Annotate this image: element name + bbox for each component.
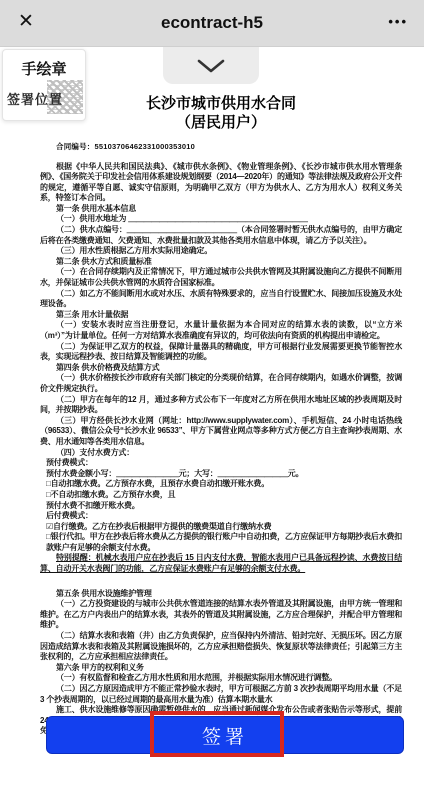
contract-body: 根据《中华人民共和国民法典》、《城市供水条例》、《物业管理条例》、《长沙市城市供… xyxy=(40,162,402,748)
contract-paragraph: 第四条 供水价格费及结算方式 xyxy=(40,363,402,374)
contract-paragraph: 预付费模式： xyxy=(46,458,402,469)
contract-paragraph: ☑自行缴费。乙方在抄表后根据甲方提供的缴费渠道自行缴纳水费 xyxy=(46,522,402,533)
hand-drawn-seal-button[interactable]: 手绘章 xyxy=(3,58,85,79)
contract-paragraph: （三）用水性质根据乙方用水实际用途确定。 xyxy=(40,246,402,257)
contract-paragraph: （二）如乙方不能间断用水或对水压、水质有特殊要求的，应当自行设置贮水、间接加压设… xyxy=(40,289,402,310)
contract-paragraph: □自动扣缴水费。乙方预存水费，且预存水费自动扣缴开账水费。 xyxy=(46,479,402,490)
contract-paragraph: □银行代扣。甲方在抄表后将水费从乙方提供的银行账户中自动扣费，乙方应保证甲方每期… xyxy=(46,532,402,553)
sign-button[interactable]: 签署 xyxy=(46,716,404,754)
contract-paragraph: 后付费模式： xyxy=(46,511,402,522)
contract-paragraph: 特别提醒：机械水表用户应在抄表后 15 日内支付水费，智能水表用户已具备远程抄读… xyxy=(40,553,402,574)
contract-paragraph: （一）在合同存续期内及正常情况下，甲方通过城市公共供水管网及其附属设施向乙方提供… xyxy=(40,267,402,288)
contract-paragraph: （二）结算水表和表箱（井）由乙方负责保护，应当保持内外清洁、铅封完好、无损压坏。… xyxy=(40,631,402,663)
chevron-down-icon xyxy=(196,58,226,74)
contract-paragraph: 第一条 供用水基本信息 xyxy=(40,204,402,215)
contract-number-label: 合同编号： xyxy=(56,142,95,151)
close-icon[interactable]: ✕ xyxy=(18,12,34,31)
contract-paragraph: （一）供用水地址为 ＿＿＿＿＿＿＿＿＿＿＿＿＿＿＿＿＿＿＿＿＿＿＿ xyxy=(40,214,402,225)
more-options-icon[interactable]: ••• xyxy=(388,14,408,29)
contract-title-line1: 长沙市城市供用水合同 xyxy=(146,95,296,112)
contract-paragraph: （四）支付水费方式： xyxy=(40,448,402,459)
contract-paragraph: 预付水费不扣缴开账水费。 xyxy=(46,501,402,512)
contract-paragraph: （二）为保证甲乙双方的权益，保障计量器具的精确度，甲方可根据行业发展需要更换节能… xyxy=(40,342,402,363)
contract-paragraph: （一）供水价格按长沙市政府有关部门核定的分类现价结算，在合同存续期内，如遇水价调… xyxy=(40,373,402,394)
sign-position-label: 签署位置 xyxy=(7,89,63,108)
contract-paragraph: 第六条 甲方的权利和义务 xyxy=(40,663,402,674)
contract-paragraph: （二）因乙方原因造成甲方不能正常抄验水表时，甲方可根据乙方前 3 次抄表周期平均… xyxy=(40,684,402,705)
contract-paragraph: （一）乙方投资建设的与城市公共供水管道连接的结算水表外管道及其附属设施，由甲方统… xyxy=(40,599,402,631)
collapse-toolbar-button[interactable] xyxy=(163,47,259,84)
sign-position-button[interactable]: 签署位置 xyxy=(7,80,83,116)
contract-paragraph: 第三条 用水计量依据 xyxy=(40,310,402,321)
contract-paragraph: 第二条 供水方式和质量标准 xyxy=(40,257,402,268)
contract-paragraph: 第五条 供用水设施维护管理 xyxy=(40,589,402,600)
contract-document[interactable]: 长沙市城市供用水合同 （居民用户） 合同编号：55103706462331000… xyxy=(0,47,424,800)
contract-number-value: 55103706462331000353010 xyxy=(95,142,196,151)
contract-paragraph: 预付水费金额小写：＿＿＿＿＿＿＿＿元；大写：＿＿＿＿＿＿＿＿＿元。 xyxy=(46,469,402,480)
contract-paragraph: （一）安装水表时应当注册登记，水量计量依据为本合同对应的结算水表的读数，以“立方… xyxy=(40,320,402,341)
contract-paragraph: （二）甲方在每年的12 月，通过多种方式公布下一年度对乙方所在供用水地址区域的抄… xyxy=(40,395,402,416)
contract-paragraph: □不自动扣缴水费。乙方预存水费，且 xyxy=(46,490,402,501)
contract-paragraph: 根据《中华人民共和国民法典》、《城市供水条例》、《物业管理条例》、《长沙市城市供… xyxy=(40,162,402,204)
contract-title-line2: （居民用户） xyxy=(176,114,266,131)
contract-title: 长沙市城市供用水合同 （居民用户） xyxy=(40,95,402,133)
app-header: ✕ econtract-h5 ••• xyxy=(0,0,424,47)
contract-number: 合同编号：55103706462331000353010 xyxy=(56,141,402,152)
contract-paragraph: （一）有权监督和检查乙方用水性质和用水范围，并根据实际用水情况进行调整。 xyxy=(40,673,402,684)
page-title: econtract-h5 xyxy=(0,13,424,33)
contract-paragraph: （三）甲方经供长沙水业网（网址：http://www.supplywater.c… xyxy=(40,416,402,448)
seal-toolbar: 手绘章 签署位置 xyxy=(2,49,86,121)
contract-paragraph: （二）供水点编号：＿＿＿＿＿＿＿＿＿＿＿＿＿＿（本合同签署时暂无供水点编号的，由… xyxy=(40,225,402,246)
econtract-screen: ✕ econtract-h5 ••• 长沙市城市供用水合同 （居民用户） 合同编… xyxy=(0,0,424,800)
